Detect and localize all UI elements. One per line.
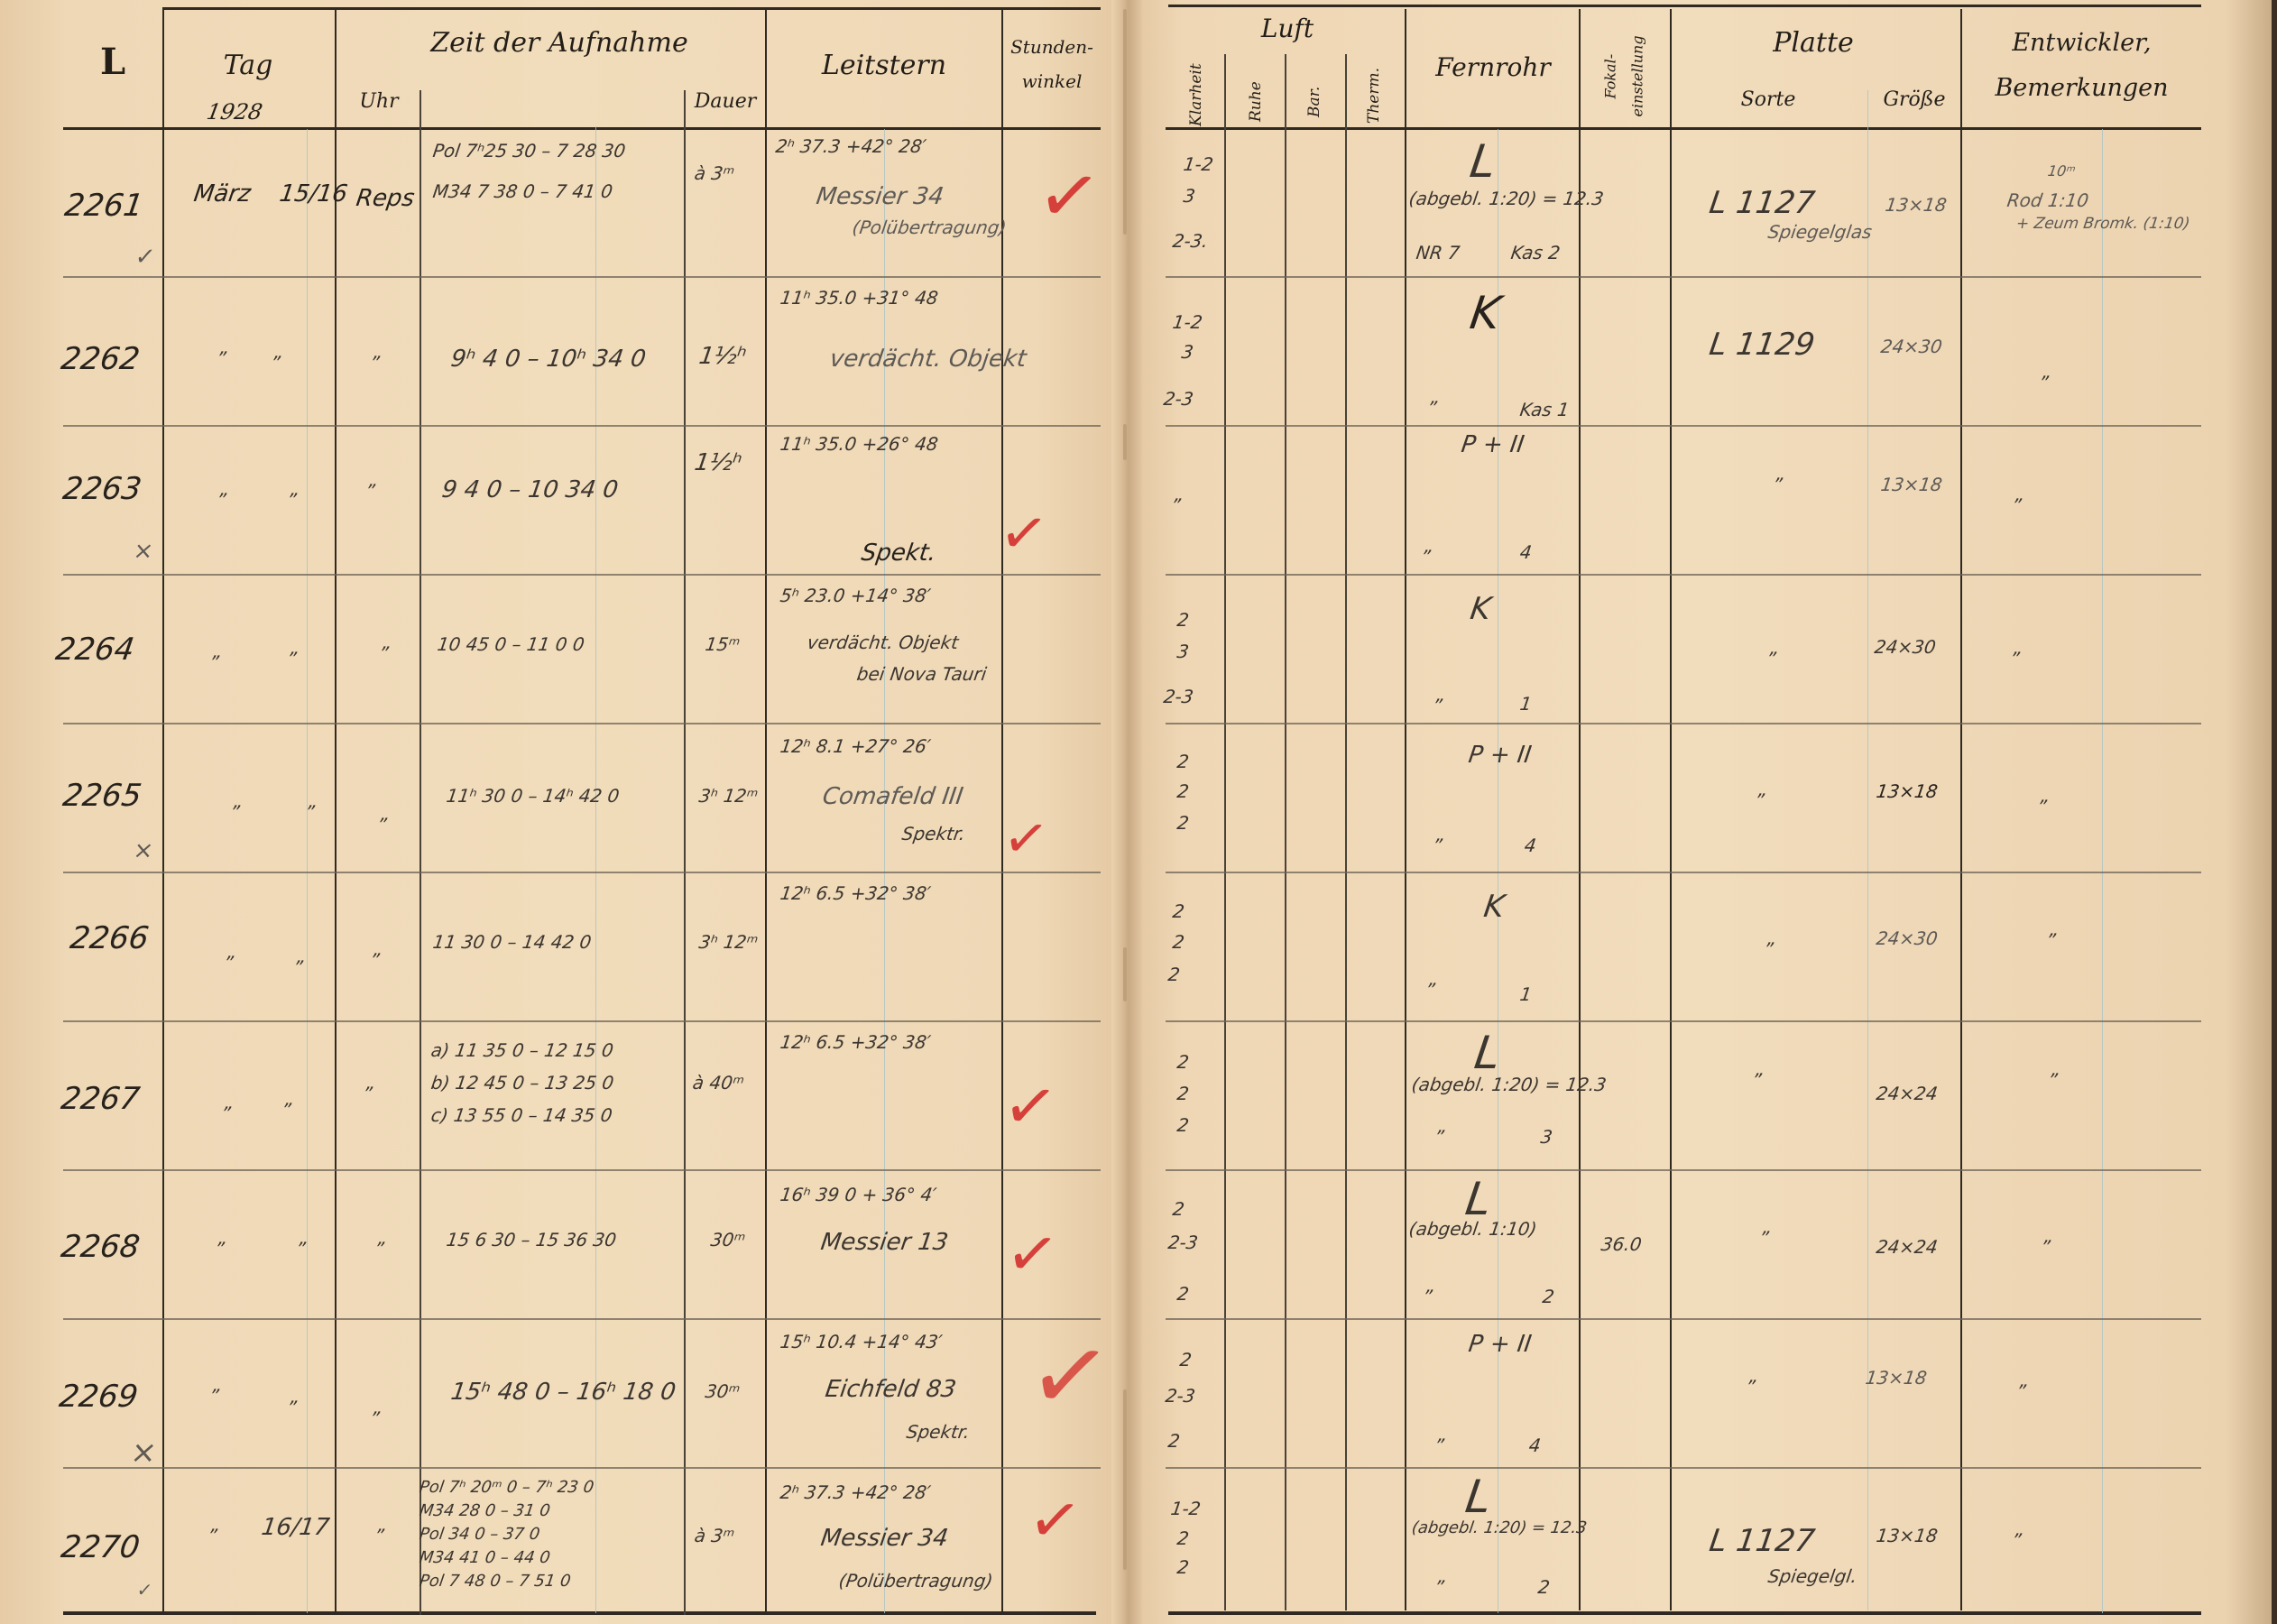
binding-stitch — [1123, 947, 1127, 1001]
entry-number: 2270 — [59, 1529, 142, 1565]
header-stundenwinkel-1: Stunden- — [1003, 36, 1101, 58]
entry-number: 2265 — [60, 778, 143, 814]
leitstern-coords: 2ʰ 37.3 +42° 28′ — [779, 1481, 932, 1503]
plate-groesse: 13×18 — [1884, 194, 1948, 216]
entry-dauer: à 40ᵐ — [691, 1072, 745, 1093]
row-divider — [63, 574, 1101, 576]
leitstern-note: bei Nova Tauri — [855, 663, 988, 685]
leitstern-note: (Polübertragung) — [837, 1570, 994, 1592]
entry-dauer: 1½ʰ — [693, 449, 743, 476]
header-dauer: Dauer — [686, 90, 765, 113]
row-divider — [63, 1020, 1101, 1022]
plate-groesse: 24×24 — [1875, 1083, 1939, 1104]
entry-zeit-line: Pol 34 0 – 37 0 — [419, 1525, 541, 1544]
entry-number: 2261 — [62, 188, 145, 224]
fokal-value: 36.0 — [1599, 1233, 1643, 1255]
entry-number: 2264 — [53, 632, 136, 668]
red-check-icon: ✓ — [1001, 1219, 1063, 1288]
leitstern-coords: 11ʰ 35.0 +26° 48 — [779, 433, 939, 455]
top-rule-right — [1168, 5, 2201, 7]
row-divider — [1166, 574, 2201, 576]
entry-dauer: à 3ᵐ — [693, 1525, 735, 1546]
fernrohr-bottom-left: NR 7 — [1415, 242, 1461, 263]
red-check-icon: ✓ — [1032, 154, 1105, 238]
header-bar: Bar. — [1305, 72, 1323, 117]
entry-dauer: 15ᵐ — [704, 633, 741, 655]
margin-mark: × — [132, 837, 155, 864]
row-divider — [1166, 872, 2201, 873]
klarheit-value: 1-2 — [1182, 153, 1214, 175]
entry-day: 16/17 — [260, 1514, 331, 1541]
entry-zeit-line: 15ʰ 48 0 – 16ʰ 18 0 — [449, 1379, 678, 1406]
header-therm: Therm. — [1365, 60, 1383, 124]
klarheit-value: 1-2 — [1169, 1498, 1202, 1519]
entry-day: 15/16 — [278, 180, 349, 208]
margin-mark: ✓ — [135, 1579, 153, 1601]
klarheit-value: 2-3 — [1164, 1385, 1196, 1407]
row-divider — [1166, 276, 2201, 278]
entry-number: 2269 — [57, 1379, 140, 1415]
leitstern-note: Spektr. — [905, 1421, 971, 1443]
fernrohr-instrument: P + II — [1467, 1331, 1534, 1358]
entry-dauer: 30ᵐ — [709, 1229, 746, 1250]
row-divider — [63, 425, 1101, 427]
leitstern-coords: 2ʰ 37.3 +42° 28′ — [774, 135, 927, 157]
plate-sorte: L 1127 — [1707, 1523, 1817, 1559]
entry-zeit-line: Pol 7 48 0 – 7 51 0 — [419, 1572, 572, 1591]
leitstern-name: Messier 13 — [819, 1229, 950, 1256]
entry-number: 2263 — [60, 471, 143, 507]
col-divider — [1579, 9, 1581, 1610]
klarheit-value: 2-3 — [1162, 388, 1194, 410]
entry-dauer: 3ʰ 12ᵐ — [697, 785, 759, 807]
entry-zeit-line: 10 45 0 – 11 0 0 — [436, 633, 585, 655]
bemerkung-line: 10ᵐ — [2047, 162, 2077, 180]
col-divider — [1285, 54, 1286, 1610]
entry-zeit-line: M34 28 0 – 31 0 — [419, 1501, 552, 1520]
plate-sorte-note: Spiegelgl. — [1766, 1565, 1858, 1587]
plate-sorte-note: Spiegelglas — [1766, 221, 1873, 243]
entry-number: 2267 — [59, 1081, 142, 1117]
header-ruhe: Ruhe — [1247, 68, 1265, 122]
plate-sorte: L 1129 — [1707, 327, 1817, 363]
leitstern-name: Comafeld III — [821, 783, 965, 810]
klarheit-value: 2-3 — [1162, 686, 1194, 707]
leitstern-coords: 5ʰ 23.0 +14° 38′ — [779, 585, 932, 606]
entry-zeit-line: M34 7 38 0 – 7 41 0 — [431, 180, 613, 202]
row-divider — [1166, 1467, 2201, 1469]
entry-number: 2266 — [68, 920, 151, 956]
entry-zeit-line: 15 6 30 – 15 36 30 — [445, 1229, 617, 1250]
row-divider — [1166, 1318, 2201, 1320]
leitstern-coords: 16ʰ 39 0 + 36° 4′ — [779, 1184, 937, 1205]
klarheit-value: 2-3 — [1166, 1232, 1199, 1253]
binding-stitch — [1123, 9, 1127, 235]
col-divider — [1405, 9, 1406, 1610]
row-divider — [63, 1318, 1101, 1320]
leitstern-note: (Polübertragung) — [851, 217, 1008, 238]
entry-zeit-line: c) 13 55 0 – 14 35 0 — [429, 1104, 613, 1126]
col-divider — [684, 90, 686, 1615]
top-rule-left — [162, 7, 1101, 10]
header-fernrohr: Fernrohr — [1407, 52, 1579, 82]
header-rule-left — [63, 127, 1101, 130]
bottom-rule-left — [63, 1611, 1096, 1615]
leitstern-coords: 12ʰ 8.1 +27° 26′ — [779, 735, 932, 757]
col-divider — [419, 90, 421, 1615]
red-check-icon: ✓ — [1022, 1321, 1119, 1431]
margin-mark: × — [132, 538, 155, 565]
entry-zeit-line: 11 30 0 – 14 42 0 — [431, 931, 593, 953]
entry-dauer: à 3ᵐ — [693, 162, 735, 184]
leitstern-name: Messier 34 — [815, 183, 945, 210]
leitstern-coords: 11ʰ 35.0 +31° 48 — [779, 287, 939, 309]
plate-groesse: 13×18 — [1864, 1367, 1928, 1389]
col-divider — [1001, 9, 1003, 1615]
entry-month: März — [192, 180, 253, 208]
header-bemerkungen: Bemerkungen — [1962, 74, 2201, 102]
row-divider — [1166, 425, 2201, 427]
fernrohr-bottom-right: Kas 1 — [1518, 399, 1571, 420]
series-letter: L — [81, 41, 144, 83]
red-check-icon: ✓ — [1024, 1485, 1085, 1555]
header-entwickler: Entwickler, — [1962, 29, 2201, 57]
right-page — [1126, 0, 2272, 1624]
binding-stitch — [1123, 1389, 1127, 1570]
row-divider — [63, 1467, 1101, 1469]
leitstern-name: verdächt. Objekt — [828, 346, 1028, 373]
entry-dauer: 1½ʰ — [697, 343, 748, 370]
col-divider — [1345, 54, 1347, 1610]
plate-groesse: 24×30 — [1875, 927, 1939, 949]
row-divider — [63, 276, 1101, 278]
fernrohr-bottom-right: Kas 2 — [1509, 242, 1562, 263]
leitstern-note: Spekt. — [860, 540, 938, 567]
klarheit-value: 2-3. — [1171, 230, 1209, 252]
row-divider — [63, 1169, 1101, 1171]
row-divider — [63, 723, 1101, 724]
entry-zeit-line: M34 41 0 – 44 0 — [419, 1548, 552, 1567]
entry-dauer: 30ᵐ — [704, 1380, 741, 1402]
header-klarheit: Klarheit — [1187, 54, 1205, 126]
plate-groesse: 13×18 — [1879, 474, 1943, 495]
row-divider — [1166, 723, 2201, 724]
header-leitstern: Leitstern — [767, 50, 1001, 81]
klarheit-value: 1-2 — [1171, 311, 1203, 333]
plate-groesse: 13×18 — [1875, 780, 1939, 802]
entry-zeit-line: Pol 7ʰ 20ᵐ 0 – 7ʰ 23 0 — [419, 1478, 595, 1497]
entry-number: 2262 — [59, 341, 142, 377]
entry-uhr: Reps — [355, 185, 416, 212]
book-gutter — [1111, 0, 1142, 1624]
header-tag: Tag — [171, 50, 325, 81]
bemerkung-line: Rod 1:10 — [2005, 189, 2089, 211]
header-uhr: Uhr — [343, 90, 415, 113]
entry-zeit-line: b) 12 45 0 – 13 25 0 — [429, 1072, 615, 1093]
plate-groesse: 24×24 — [1875, 1236, 1939, 1258]
red-check-icon: ✓ — [996, 503, 1052, 567]
row-divider — [1166, 1020, 2201, 1022]
fernrohr-detail: (abgebl. 1:20) = 12.3 — [1407, 188, 1605, 209]
col-divider — [1224, 54, 1226, 1610]
fernrohr-instrument: P + II — [1467, 742, 1534, 769]
bemerkung-line: + Zeum Bromk. (1:10) — [2015, 215, 2191, 233]
red-check-icon: ✓ — [999, 1070, 1062, 1142]
plate-groesse: 13×18 — [1875, 1525, 1939, 1546]
col-divider — [162, 9, 164, 1615]
header-fokal-2: einstellung — [1629, 27, 1646, 117]
entry-zeit-line: 9ʰ 4 0 – 10ʰ 34 0 — [449, 346, 648, 373]
header-groesse: Größe — [1869, 88, 1959, 111]
row-divider — [1166, 1169, 2201, 1171]
plate-groesse: 24×30 — [1879, 336, 1943, 357]
leitstern-note: Spektr. — [900, 823, 966, 844]
plate-sorte: L 1127 — [1707, 185, 1817, 221]
leitstern-coords: 12ʰ 6.5 +32° 38′ — [779, 882, 932, 904]
entry-zeit-line: a) 11 35 0 – 12 15 0 — [429, 1039, 614, 1061]
red-check-icon: ✓ — [1000, 809, 1052, 869]
header-stundenwinkel-2: winkel — [1003, 70, 1101, 92]
header-rule-right — [1166, 127, 2201, 130]
col-divider — [335, 9, 336, 1615]
entry-dauer: 3ʰ 12ᵐ — [697, 931, 759, 953]
entry-number: 2268 — [59, 1229, 142, 1265]
row-divider — [63, 872, 1101, 873]
header-zeit-der-aufnahme: Zeit der Aufnahme — [379, 27, 740, 59]
margin-mark: × — [128, 1435, 159, 1471]
col-divider — [1670, 9, 1672, 1610]
fernrohr-detail: (abgebl. 1:20) = 12.3 — [1411, 1518, 1589, 1537]
header-fokal-1: Fokal- — [1602, 27, 1619, 99]
header-year: 1928 — [188, 99, 282, 125]
binding-stitch — [1123, 424, 1127, 460]
leitstern-name: verdächt. Objekt — [806, 632, 960, 653]
leitstern-coords: 15ʰ 10.4 +14° 43′ — [779, 1331, 944, 1352]
header-sorte: Sorte — [1687, 88, 1849, 111]
leitstern-coords: 12ʰ 6.5 +32° 38′ — [779, 1031, 932, 1053]
bottom-rule-right — [1168, 1611, 2201, 1615]
fernrohr-detail: (abgebl. 1:20) = 12.3 — [1410, 1074, 1608, 1095]
col-divider — [765, 9, 767, 1615]
margin-mark: ✓ — [134, 244, 157, 271]
entry-zeit-line: 11ʰ 30 0 – 14ʰ 42 0 — [445, 785, 621, 807]
entry-zeit-line: Pol 7ʰ25 30 – 7 28 30 — [431, 140, 627, 161]
fernrohr-detail: (abgebl. 1:10) — [1407, 1218, 1538, 1240]
header-luft: Luft — [1224, 14, 1351, 43]
fernrohr-instrument: P + II — [1460, 431, 1526, 458]
col-divider — [1960, 9, 1962, 1610]
leitstern-name: Eichfeld 83 — [824, 1376, 958, 1403]
entry-zeit-line: 9 4 0 – 10 34 0 — [440, 476, 620, 503]
plate-groesse: 24×30 — [1873, 636, 1937, 658]
leitstern-name: Messier 34 — [819, 1525, 950, 1552]
header-platte: Platte — [1673, 27, 1953, 59]
